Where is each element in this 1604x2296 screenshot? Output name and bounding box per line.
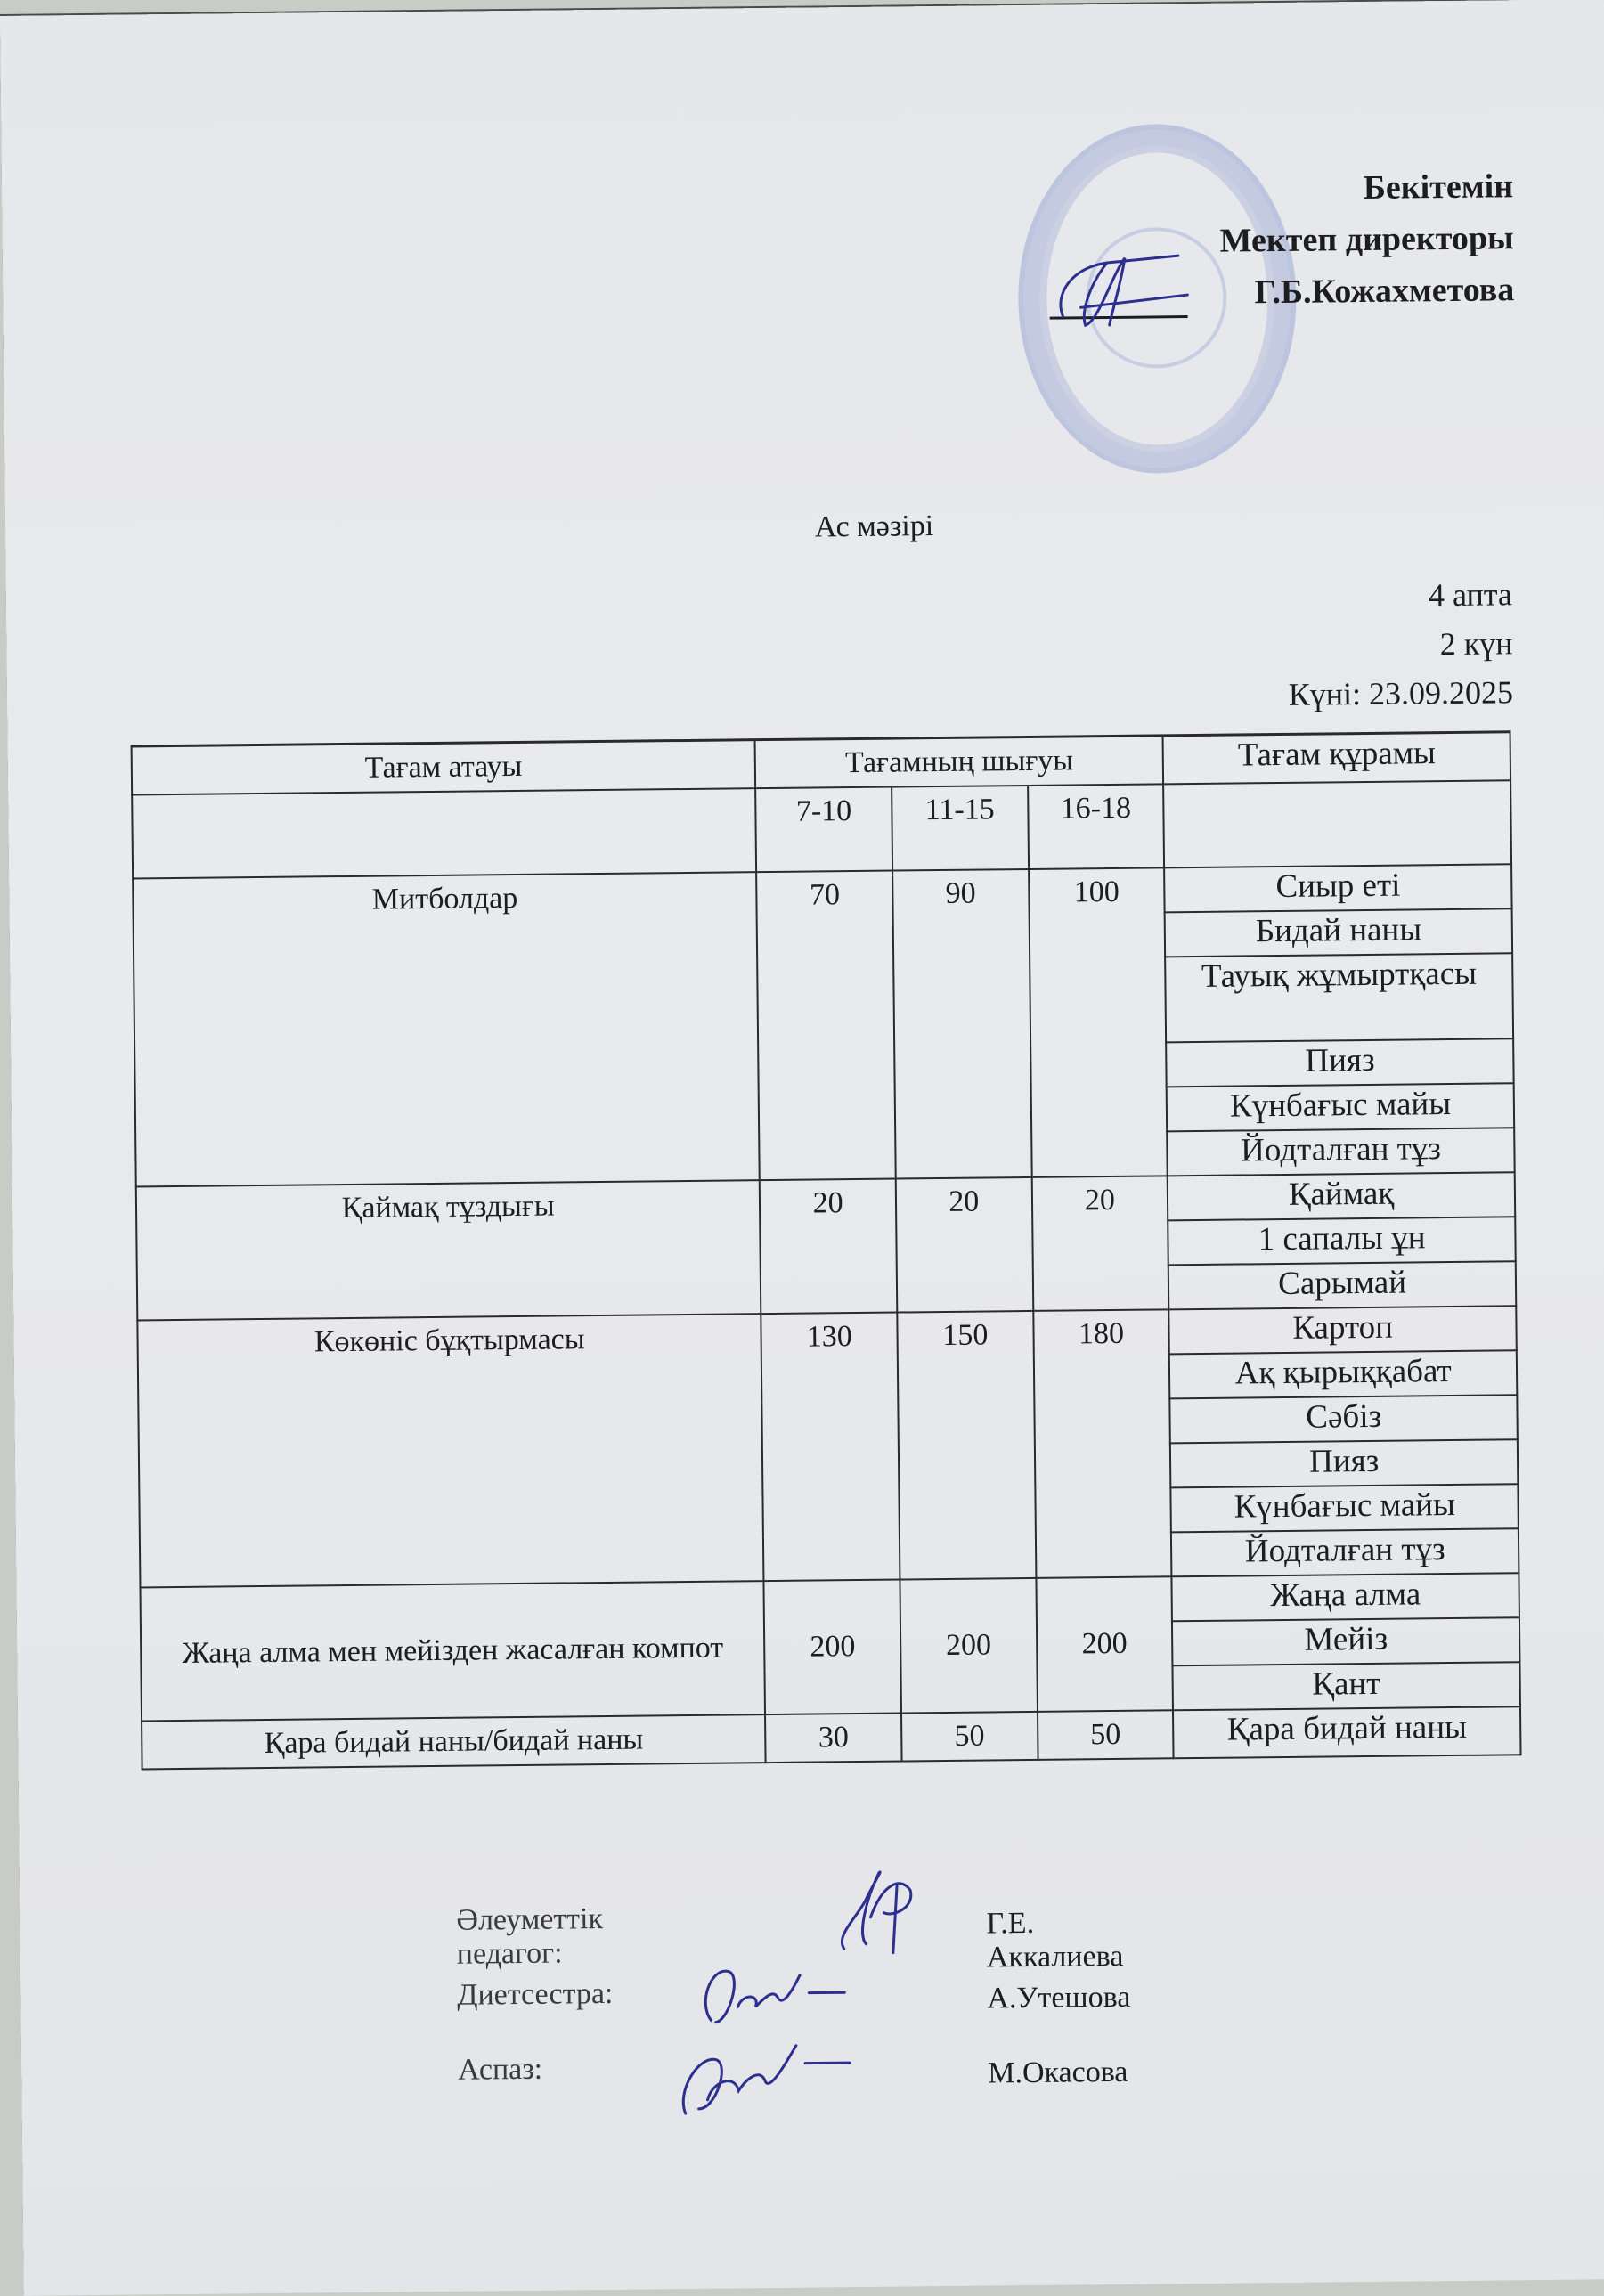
portion-cell: 20 — [896, 1177, 1033, 1313]
approval-position: Мектеп директоры — [1219, 212, 1514, 266]
dish-name-cell: Қаймақ тұздығы — [136, 1180, 761, 1320]
week-label: 4 апта — [1287, 570, 1512, 622]
portion-cell: 130 — [761, 1313, 900, 1582]
signature-icon — [830, 1863, 929, 1962]
day-label: 2 күн — [1288, 619, 1513, 671]
document-title: Ас мәзірі — [5, 502, 1604, 553]
ingredient-cell: Жаңа алма — [1172, 1573, 1519, 1621]
age-group-row: 7-1011-1516-18 — [132, 780, 1511, 878]
ingredient-cell: Пияз — [1166, 1038, 1513, 1087]
portion-cell: 50 — [901, 1712, 1038, 1762]
approval-name: Г.Б.Кожахметова — [1220, 264, 1515, 318]
director-signature-icon — [1045, 240, 1197, 339]
signatory-name: А.Утешова — [987, 1981, 1130, 2016]
age-group-header: 16-18 — [1028, 784, 1165, 869]
age-group-header: 11-15 — [892, 786, 1029, 871]
ingredient-cell: Йодталған тұз — [1171, 1528, 1519, 1576]
ingredient-cell: Күнбағыс майы — [1171, 1484, 1519, 1532]
ingredient-cell: Қант — [1173, 1662, 1520, 1710]
header-composition: Тағам құрамы — [1163, 732, 1510, 785]
ingredient-cell: Мейіз — [1172, 1617, 1519, 1665]
signatory-role: Аспаз: — [458, 2053, 542, 2088]
ingredient-cell: Пияз — [1170, 1439, 1518, 1487]
empty-cell — [1163, 780, 1511, 867]
portion-cell: 70 — [756, 871, 895, 1181]
signatory-role: Диетсестра: — [457, 1977, 613, 2013]
signatory-name: Г.Е. Аккалиева — [986, 1906, 1123, 1975]
portion-cell: 90 — [892, 869, 1031, 1179]
ingredient-cell: Картоп — [1169, 1306, 1517, 1354]
ingredient-cell: Бидай наны — [1165, 908, 1512, 957]
ingredient-cell: Қаймақ — [1168, 1172, 1515, 1220]
signatory-name: М.Окасова — [988, 2056, 1128, 2091]
portion-cell: 150 — [897, 1311, 1036, 1580]
ingredient-cell: Сарымай — [1168, 1261, 1516, 1309]
header-dish-name: Тағам атауы — [132, 740, 756, 795]
ingredient-cell: Сиыр еті — [1164, 864, 1511, 912]
portion-cell: 20 — [760, 1179, 897, 1315]
dish-name-cell: Көкөніс бұқтырмасы — [137, 1314, 763, 1587]
portion-cell: 50 — [1038, 1710, 1174, 1760]
portion-cell: 100 — [1029, 867, 1168, 1177]
portion-cell: 180 — [1033, 1309, 1172, 1578]
ingredient-cell: Күнбағыс майы — [1167, 1083, 1514, 1131]
portion-cell: 200 — [764, 1580, 901, 1715]
age-group-header: 7-10 — [755, 787, 892, 873]
signatory-row: Аспаз: М.Окасова — [458, 2054, 459, 2129]
signatories: Әлеуметтік педагог: Г.Е. Аккалиева Диетс… — [456, 1904, 459, 2129]
portion-cell: 200 — [900, 1578, 1037, 1714]
portion-cell: 200 — [1036, 1576, 1173, 1712]
signatory-role: Әлеуметтік педагог: — [456, 1902, 603, 1972]
ingredient-cell: 1 сапалы ұн — [1168, 1217, 1515, 1265]
document-meta: 4 апта 2 күн Күні: 23.09.2025 — [1287, 570, 1513, 720]
empty-cell — [132, 788, 756, 878]
ingredient-cell: Йодталған тұз — [1167, 1128, 1514, 1176]
ingredient-cell: Ақ қырыққабат — [1169, 1350, 1517, 1398]
portion-cell: 30 — [765, 1714, 901, 1763]
date-label: Күні: 23.09.2025 — [1288, 668, 1513, 720]
signature-icon — [693, 1957, 854, 2039]
dish-name-cell: Митболдар — [133, 872, 760, 1186]
approval-block: Бекітемін Мектеп директоры Г.Б.Кожахмето… — [1219, 160, 1515, 318]
header-portion: Тағамның шығуы — [755, 736, 1164, 788]
ingredient-cell: Қара бидай наны — [1173, 1706, 1520, 1758]
document-page: Бекітемін Мектеп директоры Г.Б.Кожахмето… — [0, 0, 1604, 2280]
ingredient-cell: Тауық жұмыртқасы — [1165, 953, 1513, 1042]
approval-heading: Бекітемін — [1219, 160, 1514, 215]
signatory-row: Диетсестра: А.Утешова — [457, 1979, 458, 2054]
dish-name-cell: Жаңа алма мен мейізден жасалған компот — [140, 1581, 765, 1721]
portion-cell: 20 — [1031, 1176, 1168, 1311]
signatory-row: Әлеуметтік педагог: Г.Е. Аккалиева — [456, 1904, 457, 1979]
ingredient-cell: Сәбіз — [1170, 1395, 1518, 1443]
menu-table: Тағам атауыТағамның шығуыТағам құрамы7-1… — [131, 730, 1522, 1770]
dish-name-cell: Қара бидай наны/бидай наны — [142, 1714, 766, 1769]
signature-icon — [672, 2036, 859, 2127]
